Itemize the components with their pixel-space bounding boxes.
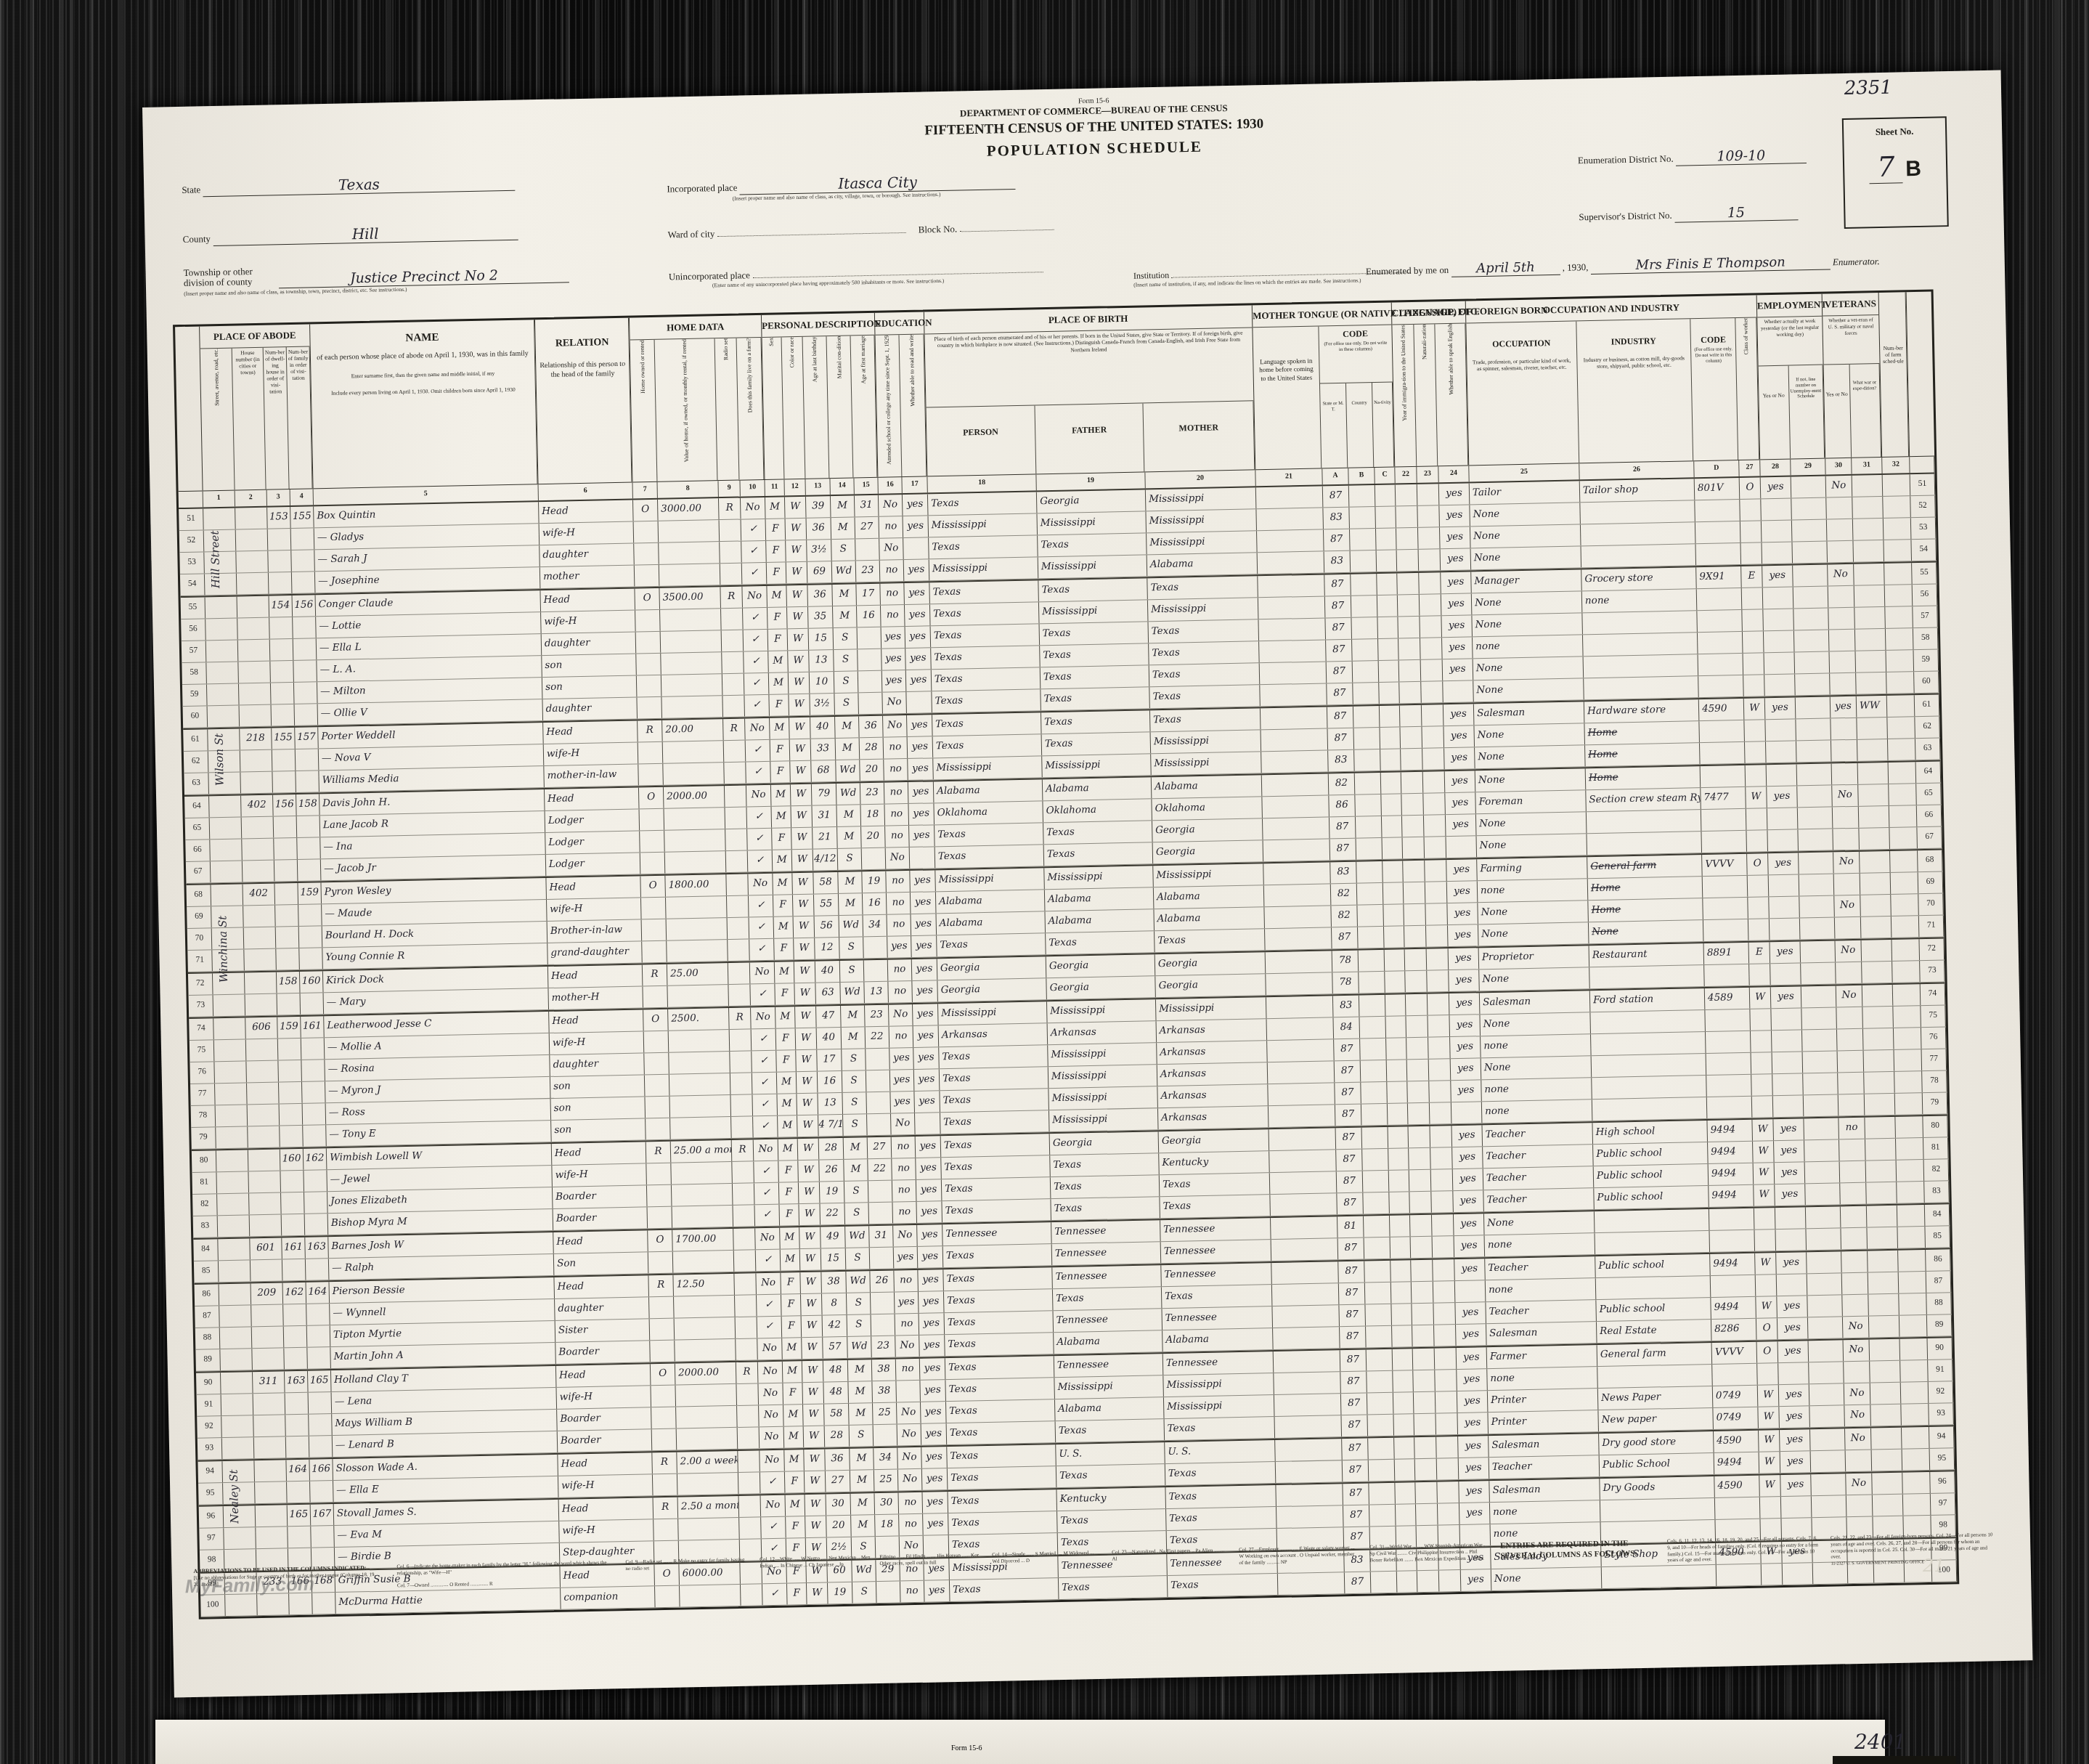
cell-bm: Mississippi	[1164, 1395, 1275, 1418]
cell-mar: M	[837, 826, 862, 848]
cell-sex: M	[783, 1405, 804, 1426]
column-header-c29: If not, line number on Unemploy-ment Sch…	[1788, 365, 1825, 459]
cell-sex: M	[773, 850, 793, 871]
cell-val	[661, 652, 722, 675]
cell-c23	[1433, 1303, 1456, 1325]
cell-dw: 163	[285, 1371, 309, 1393]
cell-B	[1364, 1237, 1391, 1259]
cell-fam	[293, 617, 317, 638]
cell-c22	[1409, 1126, 1431, 1148]
cell-house: 311	[253, 1371, 285, 1393]
cell-rel: companion	[561, 1586, 656, 1609]
cell-c23	[1433, 1236, 1455, 1258]
cell-rw: yes	[912, 959, 938, 980]
cell-D: 4590	[1699, 699, 1745, 720]
cell-house	[243, 906, 276, 927]
cell-val	[675, 1339, 736, 1362]
column-header-dw: Num-ber of dwell-ing house in order of v…	[264, 347, 290, 489]
cell-afm	[858, 671, 883, 693]
cell-age: 48	[823, 1382, 849, 1404]
column-number-val: 8	[657, 481, 718, 498]
cell-ln1: 79	[1923, 1092, 1948, 1114]
cell-B	[1353, 728, 1380, 749]
cell-dw: 161	[282, 1237, 306, 1259]
cell-ln0: 93	[198, 1438, 223, 1460]
cell-ind: Public School	[1600, 1453, 1715, 1476]
cell-c29	[1793, 609, 1829, 630]
cell-c32	[1893, 1006, 1921, 1028]
cell-farm: ✓	[744, 630, 769, 651]
cell-C	[1377, 550, 1398, 572]
cell-radio	[738, 1450, 760, 1472]
cell-c31	[1868, 1251, 1899, 1272]
cell-afm: 25	[873, 1403, 897, 1425]
cell-c23	[1439, 1570, 1462, 1592]
cell-val: 25.00 a month	[671, 1140, 733, 1163]
cell-radio	[726, 874, 749, 895]
cell-D: 8891	[1704, 943, 1750, 964]
cell-afm	[876, 1581, 901, 1603]
cell-val	[673, 1251, 735, 1273]
cell-own	[651, 1386, 676, 1407]
cell-D	[1697, 610, 1743, 632]
cell-dw	[269, 617, 293, 639]
cell-c23	[1430, 1126, 1453, 1147]
cell-c32	[1887, 695, 1915, 717]
cell-bm: U. S.	[1165, 1440, 1276, 1463]
cell-ln1: 88	[1926, 1293, 1952, 1314]
cell-val	[675, 1317, 736, 1340]
cell-own	[640, 809, 665, 831]
cell-bp: Texas	[941, 1134, 1051, 1157]
cell-ln0: 61	[183, 729, 208, 751]
cell-rel: daughter	[542, 633, 637, 656]
cell-ln0: 80	[192, 1150, 217, 1172]
column-header-cls: Class of worker	[1735, 317, 1759, 460]
cell-occ: Manager	[1471, 569, 1582, 593]
cell-rw: yes	[906, 670, 932, 691]
cell-c30: No	[1846, 1474, 1873, 1495]
cell-bf: Georgia	[1046, 976, 1156, 999]
cell-sex: F	[775, 983, 795, 1005]
cell-c29	[1799, 895, 1835, 917]
cell-rw: yes	[908, 781, 934, 803]
cell-ln1: 62	[1915, 716, 1940, 738]
cell-bf: Alabama	[1055, 1397, 1165, 1420]
cell-D	[1709, 1230, 1755, 1252]
cell-c31	[1860, 851, 1891, 873]
cell-fam	[291, 550, 315, 572]
cell-farm: ✓	[757, 1295, 782, 1317]
cell-D	[1704, 964, 1750, 986]
cell-c22	[1398, 638, 1421, 660]
cell-c22	[1403, 861, 1425, 882]
ed-value: 109-10	[1676, 147, 1807, 166]
cell-rel: Head	[545, 787, 640, 810]
sd-label: Supervisor's District No.	[1579, 210, 1672, 223]
cell-street	[225, 1594, 258, 1616]
cell-name: Williams Media	[319, 766, 545, 792]
cell-sch: no	[884, 759, 908, 781]
cell-fam	[299, 926, 323, 948]
census-scan-page: { "header": { "form_no": "Form 15-6", "d…	[0, 0, 2089, 1764]
cell-rw: yes	[921, 1402, 947, 1423]
cell-house	[242, 817, 274, 839]
footer-block-col9: Col. 9—Radio set ....... R Make no entry…	[625, 1557, 749, 1572]
cell-own	[642, 919, 667, 941]
cell-ln0: 74	[189, 1018, 214, 1040]
cell-bm: Texas	[1148, 619, 1259, 643]
cell-mar: S	[844, 1181, 869, 1203]
cell-c22	[1409, 1170, 1432, 1192]
cell-rel: wife-H	[558, 1474, 653, 1497]
cell-street	[218, 1238, 251, 1260]
group-title: EMPLOYMENT	[1757, 294, 1823, 318]
cell-house	[246, 1039, 279, 1061]
cell-sch: no	[880, 560, 905, 582]
cell-house	[255, 1481, 288, 1503]
cell-c29	[1811, 1450, 1846, 1472]
cell-race: W	[789, 694, 810, 716]
cell-rw: yes	[918, 1269, 944, 1291]
cell-C	[1396, 1504, 1417, 1526]
cell-ln1: 67	[1917, 826, 1942, 848]
ed-label: Enumeration District No.	[1578, 153, 1674, 166]
cell-bm: Texas	[1150, 708, 1261, 731]
cell-sch: No	[897, 1402, 921, 1424]
cell-house	[254, 1460, 287, 1481]
cell-c22	[1405, 949, 1428, 971]
cell-bf: Texas	[1056, 1464, 1166, 1487]
street-name-label: Hill Street	[208, 507, 239, 613]
cell-eng: yes	[1448, 924, 1479, 946]
cell-c22	[1414, 1392, 1436, 1414]
cell-rw: yes	[908, 803, 934, 825]
cell-A: 87	[1343, 1483, 1369, 1505]
cell-lang	[1260, 662, 1327, 684]
cell-rel: wife-H	[550, 1031, 645, 1054]
cell-bm: Mississippi	[1153, 863, 1264, 887]
cell-D	[1701, 831, 1747, 853]
cell-sex: F	[768, 629, 789, 651]
cell-A: 87	[1327, 728, 1354, 750]
cell-ln0: 90	[196, 1373, 221, 1394]
cell-rw: yes	[908, 736, 934, 758]
cell-c22	[1413, 1370, 1436, 1392]
cell-race: W	[789, 672, 810, 694]
cell-c30	[1827, 519, 1854, 541]
cell-afm: 36	[859, 716, 884, 738]
cell-B	[1357, 905, 1384, 927]
cell-lang	[1258, 551, 1325, 574]
cell-occ: None	[1472, 591, 1583, 614]
cell-c30: No	[1828, 564, 1854, 586]
cell-c28: yes	[1780, 1451, 1812, 1473]
cell-bf: Mississippi	[1047, 999, 1157, 1023]
cell-name: Bishop Myra M	[328, 1209, 554, 1235]
cell-c29	[1795, 674, 1831, 696]
next-sheet-dark-tab	[1833, 1756, 1956, 1764]
cell-lang	[1276, 1505, 1344, 1528]
cell-bf: Arkansas	[1048, 1021, 1157, 1044]
cell-B	[1351, 574, 1377, 596]
cell-D: 4590	[1714, 1476, 1760, 1497]
cell-ln1: 64	[1916, 761, 1942, 783]
cell-bp: Texas	[948, 1489, 1057, 1513]
cell-c30	[1830, 673, 1857, 695]
cell-B	[1360, 1039, 1387, 1060]
cell-eng: yes	[1445, 792, 1476, 814]
cell-sex: F	[785, 1471, 805, 1493]
enumerator-name: Mrs Finis E Thompson	[1591, 253, 1831, 275]
cell-fam	[299, 948, 323, 970]
cell-c30	[1836, 1007, 1863, 1029]
cell-sex: M	[777, 1094, 797, 1115]
cell-ln0: 55	[181, 597, 206, 619]
cell-sch: No	[895, 1336, 920, 1357]
group-title: VETERANS	[1823, 293, 1879, 317]
cell-c31	[1865, 1139, 1897, 1161]
cell-D	[1703, 919, 1749, 941]
cell-D	[1695, 543, 1741, 565]
incorporated-label: Incorporated place	[667, 182, 737, 195]
cell-rel: Head	[540, 589, 635, 612]
cell-c31	[1860, 895, 1891, 916]
group-place-of-birth: PLACE OF BIRTHPlace of birth of each per…	[924, 305, 1255, 476]
cell-c22	[1405, 971, 1428, 993]
cell-own	[641, 898, 667, 919]
cell-own	[648, 1207, 673, 1229]
cell-val	[665, 851, 727, 874]
cell-c23	[1423, 771, 1446, 793]
cell-ind: General farm	[1597, 1343, 1713, 1366]
cell-rw: yes	[914, 1091, 940, 1113]
cell-ln1: 81	[1923, 1137, 1949, 1159]
cell-c22	[1401, 772, 1424, 794]
cell-own	[650, 1341, 675, 1362]
cell-street	[218, 1215, 251, 1237]
cell-age: 39	[806, 496, 831, 518]
cell-rel: wife-H	[556, 1386, 651, 1409]
cell-c31	[1868, 1272, 1899, 1294]
cell-B	[1357, 883, 1384, 905]
cell-bf: Texas	[1056, 1419, 1165, 1442]
cell-lang	[1262, 795, 1329, 818]
cell-radio	[738, 1427, 760, 1449]
column-header-farm: Does this family live on a farm?	[737, 338, 765, 480]
cell-sch: no	[885, 826, 910, 848]
cell-B	[1371, 1572, 1398, 1593]
cell-D: 0749	[1713, 1407, 1759, 1429]
cell-age: 56	[815, 916, 840, 938]
cell-house	[252, 1348, 285, 1370]
cell-bf: Texas	[1041, 687, 1150, 710]
cell-mar: M	[850, 1470, 875, 1492]
cell-occ: None	[1475, 745, 1586, 768]
cell-c22	[1406, 1038, 1429, 1060]
cell-fam	[293, 660, 317, 682]
cell-D	[1698, 675, 1744, 697]
cell-bf: Texas	[1053, 1287, 1162, 1310]
cell-cls: W	[1754, 1184, 1775, 1206]
cell-B	[1356, 816, 1383, 838]
cell-c23	[1417, 484, 1440, 505]
cell-bp: Texas	[948, 1511, 1058, 1535]
cell-dw	[284, 1326, 308, 1348]
column-number-bf: 19	[1036, 472, 1145, 490]
cell-bm: Texas	[1162, 1285, 1273, 1308]
cell-c30	[1838, 1051, 1865, 1073]
cell-ln1: 83	[1924, 1181, 1950, 1203]
cell-c22	[1416, 1504, 1438, 1526]
cell-c29	[1807, 1251, 1842, 1273]
cell-B	[1361, 1082, 1388, 1104]
cell-c23	[1422, 726, 1444, 748]
cell-ind: Public school	[1594, 1186, 1709, 1209]
cell-own	[645, 1097, 670, 1118]
cell-sch: No	[897, 1424, 922, 1446]
cell-c31	[1864, 1072, 1895, 1094]
cell-c23	[1429, 1081, 1451, 1102]
cell-eng: yes	[1459, 1503, 1491, 1524]
footer-block-col12b: Filipino ...... Fil Hindu ....... Hin Ko…	[879, 1552, 985, 1566]
column-number-A: A	[1322, 468, 1348, 485]
cell-B	[1359, 995, 1386, 1017]
column-number-c22: 22	[1395, 467, 1417, 484]
column-header-mar: Marital con-dition	[827, 336, 854, 478]
cell-c30	[1833, 829, 1860, 850]
cell-c32	[1899, 1315, 1928, 1337]
column-number-race: 12	[784, 479, 805, 496]
enumerator-label: Enumerator.	[1833, 256, 1880, 267]
cell-farm: ✓	[749, 895, 774, 917]
cell-ln0: 70	[187, 928, 213, 950]
footer-block-col6: Col. 6—Indicate the home-maker in each f…	[396, 1559, 615, 1589]
cell-c31	[1868, 1294, 1899, 1316]
cell-sch: yes	[882, 670, 907, 692]
cell-c32	[1889, 805, 1918, 827]
cell-D	[1703, 898, 1748, 919]
cell-occ: none	[1478, 879, 1589, 902]
cell-c32	[1887, 717, 1915, 739]
cell-cls: W	[1746, 787, 1767, 808]
cell-bm: Tennessee	[1163, 1352, 1274, 1375]
cell-afm: 13	[864, 982, 889, 1004]
cell-fam	[304, 1170, 327, 1192]
cell-D	[1695, 500, 1740, 521]
cell-farm: ✓	[741, 541, 767, 563]
cell-sex: M	[774, 916, 794, 938]
cell-house	[248, 1104, 280, 1126]
cell-sch	[896, 1381, 921, 1402]
cell-c22	[1406, 994, 1428, 1016]
cell-c29	[1805, 1161, 1841, 1183]
group-occupation-industry: OCCUPATION AND INDUSTRYOCCUPATIONTrade, …	[1466, 295, 1760, 465]
cell-bf: Texas	[1050, 1153, 1160, 1176]
cell-bf: Texas	[1051, 1175, 1160, 1198]
cell-radio	[725, 785, 747, 807]
cell-house	[237, 573, 269, 595]
cell-c28	[1781, 1496, 1812, 1518]
cell-farm: ✓	[757, 1317, 783, 1338]
column-number-c32: 32	[1882, 457, 1910, 473]
cell-mar: M	[848, 1381, 873, 1403]
cell-name: — Tony E	[326, 1121, 552, 1146]
cell-occ: None	[1473, 657, 1584, 680]
cell-rel: Brother-in-law	[547, 919, 643, 943]
cell-sex: M	[783, 1361, 803, 1383]
cell-C	[1383, 882, 1404, 904]
cell-B	[1367, 1415, 1394, 1436]
cell-rel: Head	[543, 720, 638, 744]
cell-radio	[722, 674, 745, 696]
cell-ln1: 95	[1930, 1448, 1955, 1470]
myfamily-watermark: MyFamily.com	[185, 1573, 315, 1598]
cell-rel: wife-H	[559, 1519, 654, 1543]
cell-c31	[1867, 1206, 1898, 1227]
cell-fam	[298, 904, 322, 926]
cell-lang	[1263, 817, 1330, 840]
cell-farm: ✓	[746, 762, 771, 784]
cell-A: 81	[1337, 1216, 1364, 1238]
cell-D	[1697, 588, 1743, 610]
cell-D	[1699, 720, 1745, 742]
cell-ln0: 78	[191, 1105, 216, 1127]
cell-eng: yes	[1446, 814, 1477, 836]
cell-radio	[728, 962, 751, 984]
group-title: PERSONAL DESCRIPTION	[762, 313, 875, 338]
cell-rw: yes	[918, 1246, 944, 1268]
cell-occ: None	[1472, 613, 1583, 636]
cell-dw: 159	[277, 1017, 301, 1039]
cell-rel: Sister	[555, 1319, 651, 1342]
cell-B	[1367, 1371, 1393, 1393]
cell-c29	[1794, 630, 1830, 652]
cell-radio	[733, 1228, 756, 1250]
cell-c30	[1842, 1295, 1869, 1317]
cell-lang	[1261, 750, 1329, 773]
cell-B	[1356, 861, 1383, 883]
cell-occ: None	[1491, 1567, 1603, 1590]
cell-occ: None	[1478, 922, 1589, 946]
cell-race: W	[786, 519, 807, 540]
cell-bm: Texas	[1160, 1173, 1271, 1196]
cell-c32	[1899, 1293, 1927, 1315]
cell-ln0: 77	[190, 1084, 216, 1105]
cell-c23	[1429, 1059, 1451, 1081]
cell-afm: 25	[874, 1469, 899, 1491]
cell-c22	[1396, 528, 1419, 550]
cell-fam: 160	[300, 971, 324, 993]
cell-eng: yes	[1441, 615, 1473, 637]
column-header-bf: FATHER	[1035, 403, 1145, 473]
cell-c29	[1801, 1007, 1837, 1029]
cell-c22	[1402, 816, 1425, 837]
cell-own	[653, 1474, 678, 1496]
cell-afm: 27	[868, 1137, 892, 1159]
cell-afm: 34	[863, 915, 888, 937]
cell-bf: Mississippi	[1038, 555, 1148, 578]
cell-c23	[1419, 549, 1441, 571]
cell-c30	[1833, 807, 1860, 829]
cell-cls	[1746, 808, 1768, 830]
cell-age: 8	[822, 1293, 847, 1315]
cell-bp: Texas	[945, 1356, 1055, 1379]
ward-block-fields: Ward of city Block No.	[668, 221, 1054, 241]
cell-lang	[1275, 1415, 1343, 1438]
cell-D	[1700, 742, 1746, 764]
cell-c32	[1897, 1160, 1925, 1182]
